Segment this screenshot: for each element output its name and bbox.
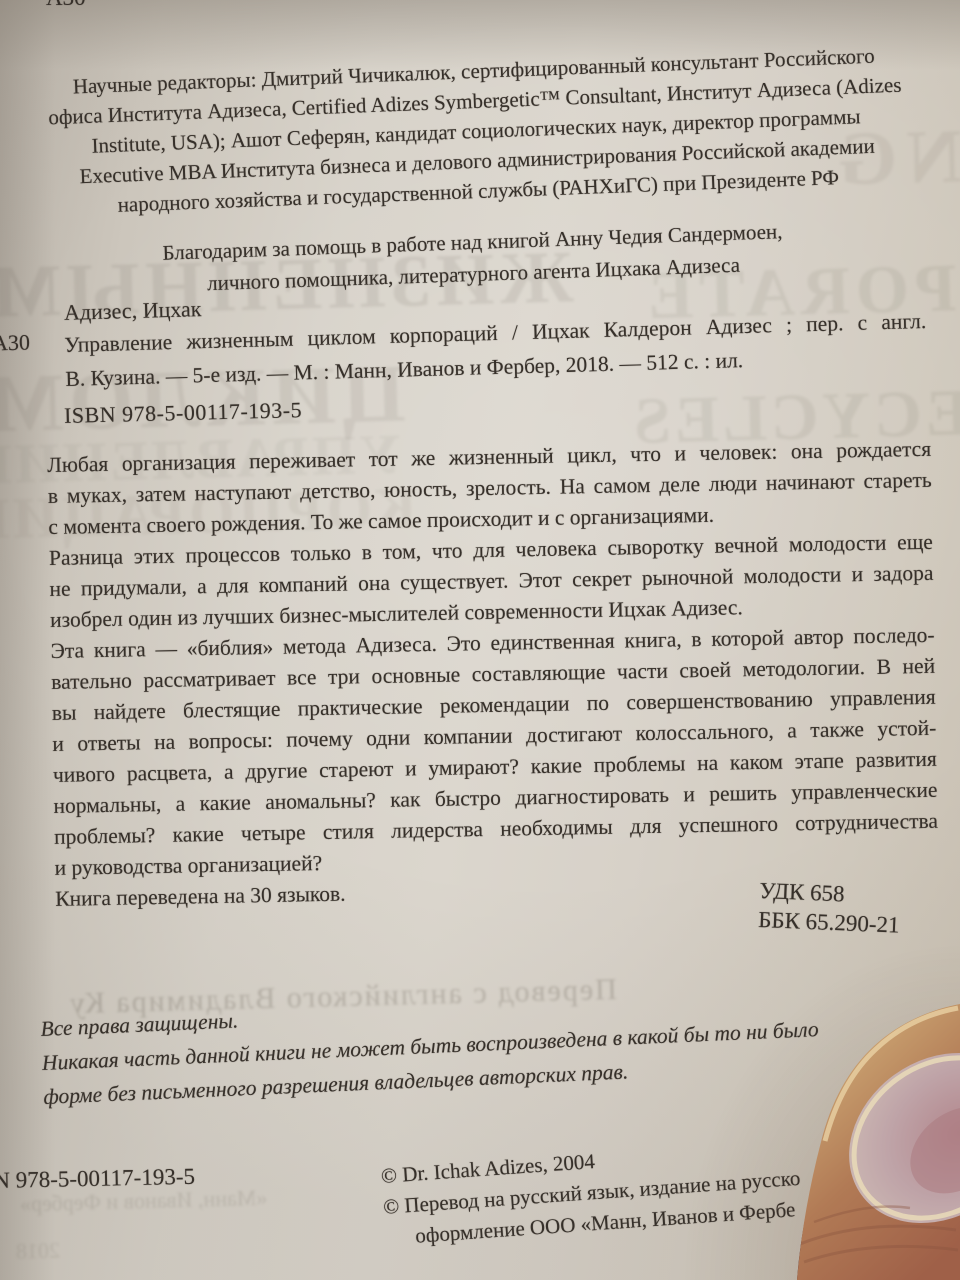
isbn-line: ISBN 978-5-00117-193-5 bbox=[64, 397, 303, 429]
isbn-partial-bottom: BN 978-5-00117-193-5 bbox=[0, 1164, 195, 1195]
bbk-code: ББК 65.290-21 bbox=[758, 905, 900, 940]
editors-note: Научные редакторы: Дмитрий Чичикалюк, се… bbox=[27, 39, 924, 223]
corner-catalog-mark: А30 bbox=[46, 0, 86, 11]
author-entry: Адизес, Ицхак bbox=[64, 296, 202, 326]
acknowledgement: Благодарим за помощь в работе над книгой… bbox=[119, 214, 827, 303]
book-page-photo: MANAGINGЖИЗНЕННЫМCORPORATEЦИКЛОМLIFECYCL… bbox=[0, 0, 960, 1280]
corner-shadow bbox=[680, 940, 960, 1280]
classification-codes: УДК 658 ББК 65.290-21 bbox=[758, 876, 902, 940]
catalog-index-label: А30 bbox=[0, 329, 30, 356]
annotation-text: Любая организация переживает тот же жизн… bbox=[47, 434, 939, 915]
